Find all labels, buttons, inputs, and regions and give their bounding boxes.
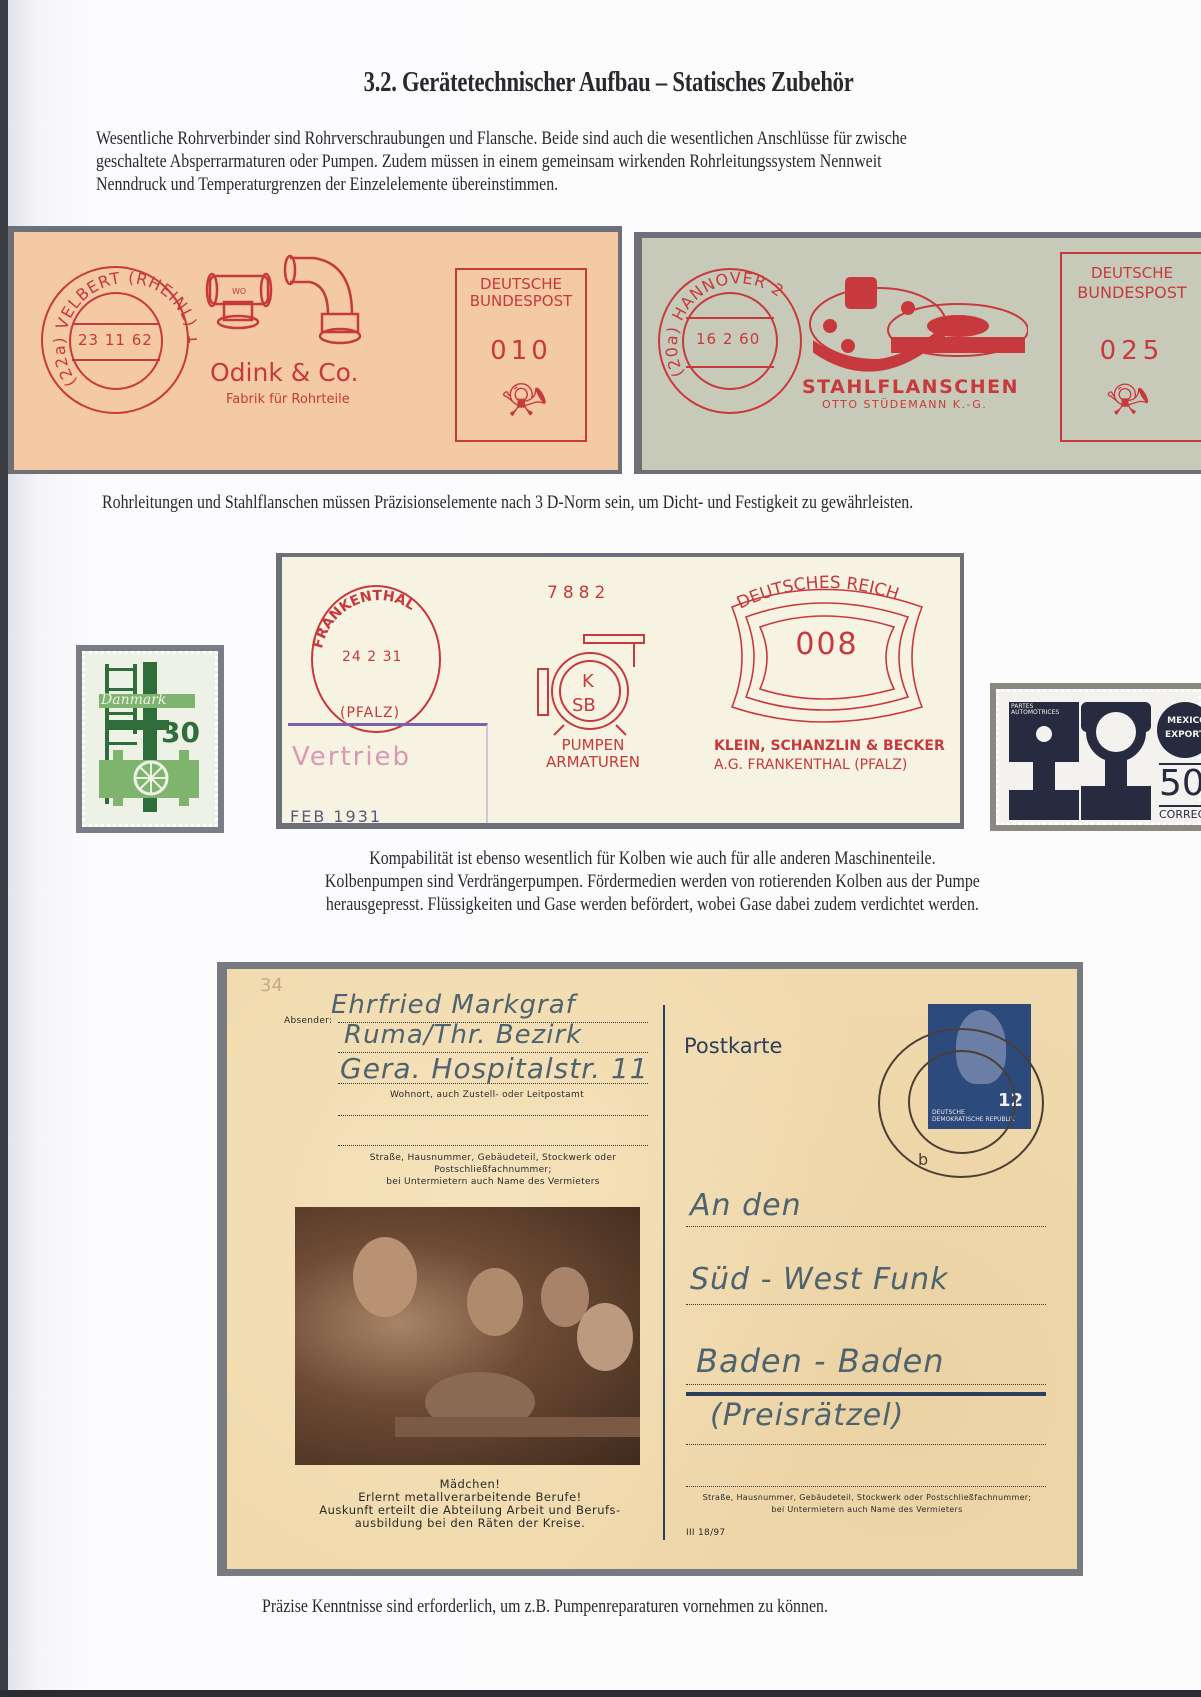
sender-hint: Wohnort, auch Zustell- oder Leitpostamt <box>390 1090 584 1100</box>
intro-line: Wesentliche Rohrverbinder sind Rohrversc… <box>96 128 907 151</box>
intro-line: geschaltete Absperrarmaturen oder Pumpen… <box>96 151 907 174</box>
meter-serial: 7882 <box>547 583 610 603</box>
company-subtitle: OTTO STÜDEMANN K.-G. <box>822 398 987 411</box>
underline <box>686 1392 1046 1396</box>
pump-logo-icon: K SB <box>534 627 664 737</box>
sender-label: Absender: <box>284 1016 332 1026</box>
stamp-denmark: Danmark 30 <box>82 651 218 827</box>
stamp-label: PARTESAUTOMOTRICES <box>1011 704 1059 716</box>
export-badge: MEXICOEXPORTA <box>1165 714 1201 742</box>
meter-cut-odink: 23 11 62 (22a) VELBERT (RHEINL) 1 WO Odi… <box>14 232 618 470</box>
logo-text: PUMPENARMATUREN <box>537 737 649 771</box>
company-lines: KLEIN, SCHANZLIN & BECKERA.G. FRANKENTHA… <box>714 737 945 775</box>
postmark-letter: b <box>918 1150 928 1169</box>
intro-line: Nenndruck und Temperaturgrenzen der Einz… <box>96 174 907 197</box>
stamp-footer: CORREOS <box>1159 808 1201 821</box>
svg-text:(20a) HANNOVER 2: (20a) HANNOVER 2 <box>662 268 788 380</box>
pipe-fittings-icon: WO <box>202 244 362 354</box>
postal-authority: DEUTSCHES REICH <box>722 565 932 625</box>
franking-value: 025 <box>1062 336 1201 366</box>
svg-text:WO: WO <box>232 287 246 296</box>
meter-cut-stahlflanschen: 16 2 60 (20a) HANNOVER 2 STAHLFLANSCHEN … <box>642 238 1201 470</box>
posthorn-icon: 📯︎ <box>499 380 550 420</box>
company-name: Odink & Co. <box>210 358 358 387</box>
stamp-value: 30 <box>161 716 200 749</box>
steel-flanges-icon <box>808 256 1028 376</box>
svg-text:SB: SB <box>572 695 596 716</box>
photo-caption: Mädchen! Erlernt metallverarbeitende Ber… <box>280 1478 660 1530</box>
recipient-line: An den <box>690 1188 802 1223</box>
stamp-value: 50c <box>1159 764 1201 810</box>
franking-value: 010 <box>465 336 577 366</box>
svg-text:K: K <box>582 671 595 692</box>
postal-authority: DEUTSCHEBUNDESPOST <box>465 276 577 310</box>
handstamp-vertrieb: Vertrieb <box>292 742 411 772</box>
country-name: Danmark <box>101 692 166 708</box>
franking-value: 008 <box>722 627 932 662</box>
postmark-ring-text: (20a) HANNOVER 2 <box>654 264 814 424</box>
pencil-note: 34 <box>260 975 283 996</box>
page-edge <box>0 1690 1201 1697</box>
sender-name: Ehrfried Markgraf <box>331 990 576 1020</box>
recipient-line: (Preisrätzel) <box>710 1398 904 1433</box>
stamp-mexico: PARTESAUTOMOTRICES MEXICOEXPORTA 50c COR… <box>996 689 1201 825</box>
postcard-heading: Postkarte <box>684 1034 782 1058</box>
posthorn-icon: 📯︎ <box>1104 380 1152 420</box>
recipient-hint: Straße, Hausnummer, Gebäudeteil, Stockwe… <box>686 1492 1048 1516</box>
caption-pistons: Kompabilität ist ebenso wesentlich für K… <box>188 848 1117 917</box>
recipient-line: Süd - West Funk <box>690 1262 949 1297</box>
caption-flanges: Rohrleitungen und Stahlflanschen müssen … <box>102 492 913 515</box>
postmark-date: 24 2 31 <box>342 649 402 665</box>
print-code: III 18/97 <box>686 1528 725 1538</box>
company-subtitle: Fabrik für Rohrteile <box>226 392 350 407</box>
postmark-region: (PFALZ) <box>340 705 400 721</box>
recipient-line: Baden - Baden <box>696 1342 945 1380</box>
sender-town: Ruma/Thr. Bezirk <box>344 1020 582 1050</box>
caption-knowledge: Präzise Kenntnisse sind erforderlich, um… <box>262 1596 828 1619</box>
svg-text:(22a) VELBERT (RHEINL) 1: (22a) VELBERT (RHEINL) 1 <box>50 268 197 390</box>
meter-cut-ksb: FRANKENTHAL 24 2 31 (PFALZ) 7882 K SB PU… <box>282 557 960 823</box>
svg-text:FRANKENTHAL: FRANKENTHAL <box>310 588 418 650</box>
sender-address-hint: Straße, Hausnummer, Gebäudeteil, Stockwe… <box>338 1152 648 1188</box>
postmark-ring-text: (22a) VELBERT (RHEINL) 1 <box>37 262 197 422</box>
postal-authority: DEUTSCHEBUNDESPOST <box>1062 264 1201 302</box>
divider-line <box>663 1005 665 1540</box>
page-title: 3.2. Gerätetechnischer Aufbau – Statisch… <box>8 66 1201 99</box>
photo-apprentices <box>295 1207 640 1465</box>
svg-text:DEUTSCHES REICH: DEUTSCHES REICH <box>734 573 901 614</box>
intro-paragraph: Wesentliche Rohrverbinder sind Rohrversc… <box>96 128 907 197</box>
received-date-partial: FEB 1931 <box>290 807 382 823</box>
sender-street: Gera. Hospitalstr. 11 <box>340 1052 649 1085</box>
company-name: STAHLFLANSCHEN <box>802 376 1019 398</box>
